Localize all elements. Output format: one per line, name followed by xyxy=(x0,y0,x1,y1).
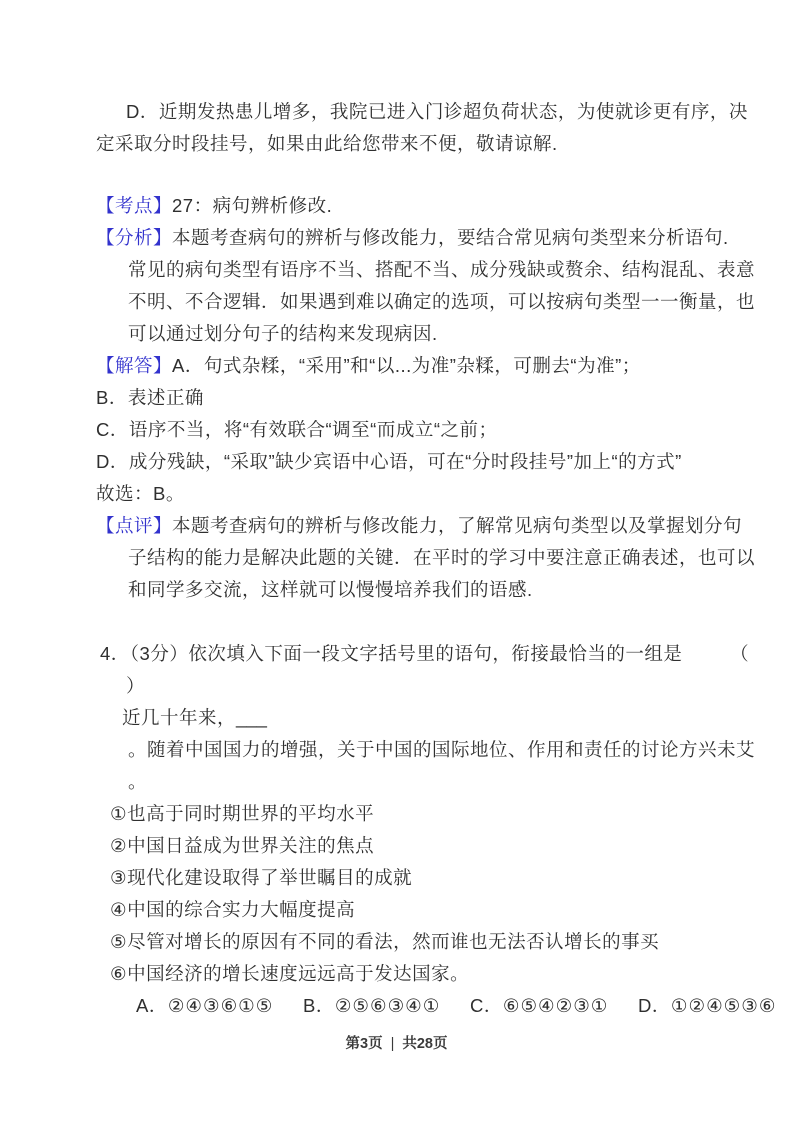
analysis-line-4: 可以通过划分句子的结构来发现病因. xyxy=(96,318,753,350)
question4-options-line: A．②④③⑥①⑤ B．②⑤⑥③④① C．⑥⑤④②③① D．①②④⑤③⑥ xyxy=(96,990,753,1022)
answer-option-d-line-1: D．近期发热患儿增多，我院已进入门诊超负荷状态，为使就诊更有序，决 xyxy=(96,96,753,128)
option-b-label: B． xyxy=(303,995,335,1016)
option-c-label: C． xyxy=(470,995,503,1016)
option-a-label: A． xyxy=(136,995,168,1016)
analysis-line-2: 常见的病句类型有语序不当、搭配不当、成分残缺或赘余、结构混乱、表意 xyxy=(96,254,753,286)
option-d: D．①②④⑤③⑥ xyxy=(638,995,776,1016)
option-b-value: ②⑤⑥③④① xyxy=(335,995,441,1016)
option-c: C．⑥⑤④②③① xyxy=(470,995,608,1016)
document-page: D．近期发热患儿增多，我院已进入门诊超负荷状态，为使就诊更有序，决 定采取分时段… xyxy=(0,0,793,1122)
question4-item-4: ④中国的综合实力大幅度提高 xyxy=(96,894,753,926)
analysis-text-1: 本题考查病句的辨析与修改能力，要结合常见病句类型来分析语句. xyxy=(172,227,729,248)
analysis-label: 【分析】 xyxy=(96,227,172,248)
comment-line-2: 子结构的能力是解决此题的关键．在平时的学习中要注意正确表述，也可以 xyxy=(96,542,753,574)
question4-intro-text: 近几十年来， xyxy=(122,707,236,728)
footer-total-pages: 共28页 xyxy=(402,1036,447,1052)
comment-line-1: 【点评】本题考查病句的辨析与修改能力，了解常见病句类型以及掌握划分句 xyxy=(96,510,753,542)
question4-item-1: ①也高于同时期世界的平均水平 xyxy=(96,798,753,830)
solution-line-2: B．表述正确 xyxy=(96,382,753,414)
page-content: D．近期发热患儿增多，我院已进入门诊超负荷状态，为使就诊更有序，决 定采取分时段… xyxy=(96,96,753,1022)
option-d-value: ①②④⑤③⑥ xyxy=(671,995,777,1016)
comment-text-1: 本题考查病句的辨析与修改能力，了解常见病句类型以及掌握划分句 xyxy=(172,515,742,536)
option-a: A．②④③⑥①⑤ xyxy=(136,995,273,1016)
page-footer: 第3页|共28页 xyxy=(0,1033,793,1055)
option-c-value: ⑥⑤④②③① xyxy=(503,995,609,1016)
option-a-value: ②④③⑥①⑤ xyxy=(168,995,274,1016)
question4-sentence-line-2: 。 xyxy=(96,766,753,798)
footer-page-number: 第3页 xyxy=(346,1036,383,1052)
comment-line-3: 和同学多交流，这样就可以慢慢培养我们的语感. xyxy=(96,574,753,606)
section-spacer xyxy=(96,160,753,190)
answer-option-d-line-2: 定采取分时段挂号，如果由此给您带来不便，敬请谅解. xyxy=(96,128,753,160)
option-d-label: D． xyxy=(638,995,671,1016)
section-spacer xyxy=(96,606,753,638)
solution-line-1: 【解答】A．句式杂糅，“采用”和“以...为准”杂糅，可删去“为准”； xyxy=(96,350,753,382)
question4-item-5: ⑤尽管对增长的原因有不同的看法，然而谁也无法否认增长的事买 xyxy=(96,926,753,958)
keypoint-label: 【考点】 xyxy=(96,195,172,216)
solution-line-4: D．成分残缺，“采取”缺少宾语中心语，可在“分时段挂号”加上“的方式” xyxy=(96,446,753,478)
fill-in-blank: ___ xyxy=(236,707,267,728)
solution-text-1: A．句式杂糅，“采用”和“以...为准”杂糅，可删去“为准”； xyxy=(172,355,641,376)
solution-line-3: C．语序不当，将“有效联合“调至“而成立“之前； xyxy=(96,414,753,446)
question4-stem-line-1: 4．（3分）依次填入下面一段文字括号里的语句，衔接最恰当的一组是 （ xyxy=(96,638,753,670)
footer-separator: | xyxy=(391,1036,395,1052)
question4-sentence-line-1: 。随着中国国力的增强，关于中国的国际地位、作用和责任的讨论方兴未艾 xyxy=(96,734,753,766)
solution-label: 【解答】 xyxy=(96,355,172,376)
keypoint-text: 27：病句辨析修改. xyxy=(172,195,332,216)
keypoint-line: 【考点】27：病句辨析修改. xyxy=(96,190,753,222)
question4-intro-line: 近几十年来，___ xyxy=(96,702,753,734)
analysis-line-3: 不明、不合逻辑．如果遇到难以确定的选项，可以按病句类型一一衡量，也 xyxy=(96,286,753,318)
analysis-line-1: 【分析】本题考查病句的辨析与修改能力，要结合常见病句类型来分析语句. xyxy=(96,222,753,254)
option-b: B．②⑤⑥③④① xyxy=(303,995,440,1016)
solution-conclusion: 故选：B。 xyxy=(96,478,753,510)
question4-stem-line-2: ） xyxy=(96,670,753,702)
comment-label: 【点评】 xyxy=(96,515,172,536)
question4-item-6: ⑥中国经济的增长速度远远高于发达国家。 xyxy=(96,958,753,990)
question4-item-3: ③现代化建设取得了举世瞩目的成就 xyxy=(96,862,753,894)
question4-item-2: ②中国日益成为世界关注的焦点 xyxy=(96,830,753,862)
